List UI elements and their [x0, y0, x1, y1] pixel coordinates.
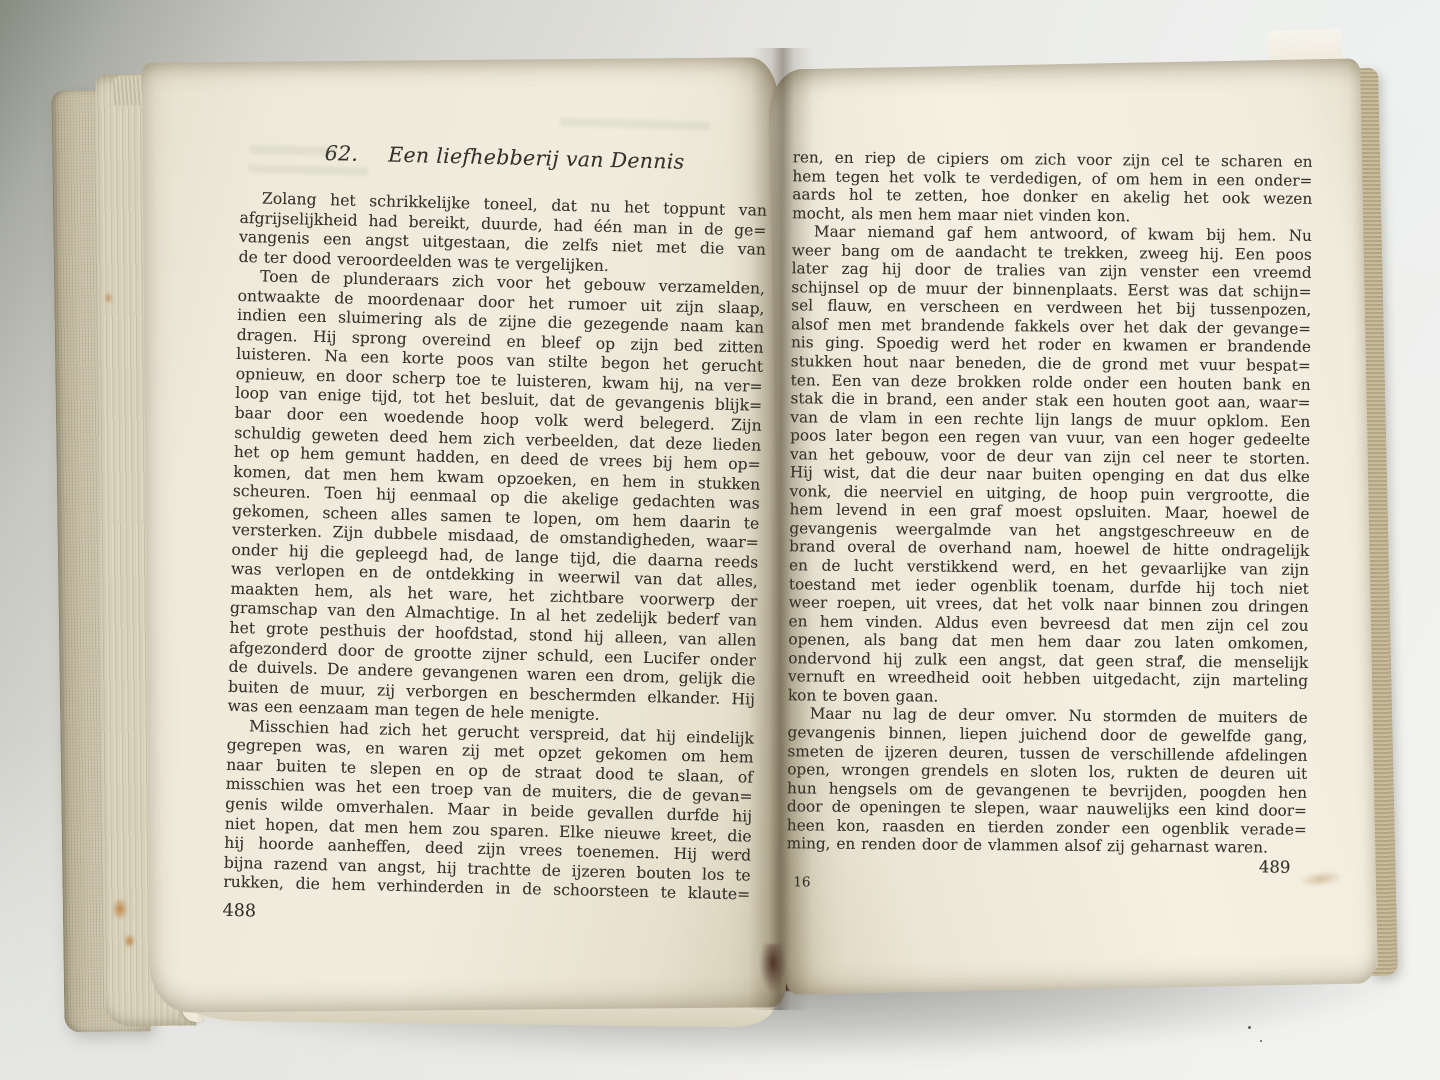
page-number-left: 488 [222, 901, 749, 933]
right-page: ren, en riep de cipiers om zich voor zij… [768, 58, 1378, 994]
dust-speck [1248, 1026, 1251, 1029]
left-page: 62. Een liefhebberij van Dennis Zolang h… [142, 57, 786, 1013]
left-page-text: 62. Een liefhebberij van Dennis Zolang h… [222, 138, 768, 934]
chapter-title: Een liefhebberij van Dennis [388, 142, 685, 175]
gutter-bottom-notch [760, 944, 786, 992]
photo-open-book: { "photo": { "description_colors": { "pa… [0, 0, 1440, 1080]
right-page-body: ren, en riep de cipiers om zich voor zij… [787, 148, 1313, 857]
dust-speck [1260, 1040, 1262, 1042]
signature-mark: 16 [786, 874, 1306, 897]
foxing-stain [112, 898, 128, 920]
foxing-stain [104, 292, 113, 304]
gutter-shadow [748, 48, 813, 1010]
right-page-text: ren, en riep de cipiers om zich voor zij… [786, 148, 1312, 896]
dust-speck [1180, 656, 1182, 659]
foxing-stain [124, 934, 135, 948]
left-page-body: Zolang het schrikkelijke toneel, dat nu … [223, 189, 767, 905]
